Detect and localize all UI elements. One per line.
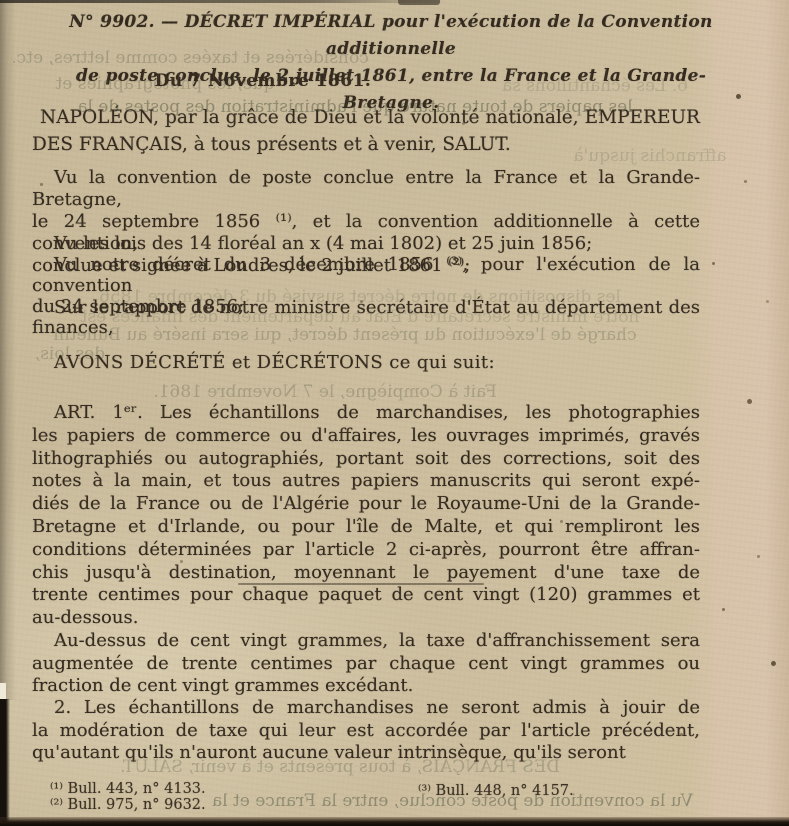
text-line: finances,	[32, 318, 700, 338]
footnotes-left-column: ⁽¹⁾ Bull. 443, n° 4133.⁽²⁾ Bull. 975, n°…	[50, 781, 206, 813]
decree-date: Du 7 Novembre 1861.	[32, 71, 494, 91]
text-line: DES FRANÇAIS, à tous présents et à venir…	[32, 131, 700, 158]
text-line: Vu les lois des 14 floréal an x (4 mai 1…	[32, 233, 700, 254]
text-line: Vu la convention de poste conclue entre …	[32, 167, 700, 211]
text-line: Bretagne et d'Irlande, ou pour l'île de …	[32, 516, 700, 539]
text-line: Vu notre décret du 3 décembre 1856 ⁽³⁾, …	[32, 254, 700, 296]
paragraph-article-2: 2. Les échantillons de marchandises ne s…	[32, 697, 700, 765]
footnote-line: ⁽²⁾ Bull. 975, n° 9632.	[50, 797, 206, 813]
text-line: Au-dessus de cent vingt grammes, la taxe…	[32, 630, 700, 653]
text-line: chis jusqu'à destination, moyennant le p…	[32, 562, 700, 585]
text-line: trente centimes pour chaque paquet de ce…	[32, 584, 700, 607]
text-line: ART. 1ᵉʳ. Les échantillons de marchandis…	[32, 402, 700, 425]
text-line: Sur le rapport de notre ministre secréta…	[32, 298, 700, 318]
paragraph-article-1: ART. 1ᵉʳ. Les échantillons de marchandis…	[32, 402, 700, 630]
text-line: notes à la main, et tous autres papiers …	[32, 470, 700, 493]
paragraph-napoleon: NAPOLÉON, par la grâce de Dieu et la vol…	[32, 104, 700, 158]
text-line: augmentée de trente centimes par chaque …	[32, 653, 700, 676]
scanned-decree-page: considérées et taxées comme lettres, etc…	[0, 0, 789, 826]
text-line: qu'autant qu'ils n'auront aucune valeur …	[32, 742, 700, 765]
text-line: conditions déterminées par l'article 2 c…	[32, 539, 700, 562]
text-line: AVONS DÉCRÉTÉ et DÉCRÉTONS ce qui suit:	[32, 352, 700, 374]
footnote-line: ⁽³⁾ Bull. 448, n° 4157.	[418, 783, 574, 799]
decree-title: N° 9902. — DÉCRET IMPÉRIAL pour l'exécut…	[36, 9, 746, 117]
text-line: N° 9902. — DÉCRET IMPÉRIAL pour l'exécut…	[36, 9, 746, 63]
text-line: les papiers de commerce ou d'affaires, l…	[32, 425, 700, 448]
footnote-line: ⁽¹⁾ Bull. 443, n° 4133.	[50, 781, 206, 797]
footnotes-right-column: ⁽³⁾ Bull. 448, n° 4157.	[418, 783, 574, 799]
paragraph-decretons: AVONS DÉCRÉTÉ et DÉCRÉTONS ce qui suit:	[32, 352, 700, 374]
text-line: au-dessous.	[32, 607, 700, 630]
paragraph-article-1-suite: Au-dessus de cent vingt grammes, la taxe…	[32, 630, 700, 698]
text-line: fraction de cent vingt grammes excédant.	[32, 675, 700, 698]
paragraph-rapport: Sur le rapport de notre ministre secréta…	[32, 298, 700, 338]
text-line: 2. Les échantillons de marchandises ne s…	[32, 697, 700, 720]
ink-smudge-underline	[238, 583, 484, 585]
text-line: la modération de taxe qui leur est accor…	[32, 720, 700, 743]
document-content: N° 9902. — DÉCRET IMPÉRIAL pour l'exécut…	[0, 0, 789, 826]
text-line: diés de la France ou de l'Algérie pour l…	[32, 493, 700, 516]
paragraph-vu-lois: Vu les lois des 14 floréal an x (4 mai 1…	[32, 233, 700, 254]
text-line: NAPOLÉON, par la grâce de Dieu et la vol…	[32, 104, 700, 131]
text-line: lithographiés ou autographiés, portant s…	[32, 448, 700, 471]
